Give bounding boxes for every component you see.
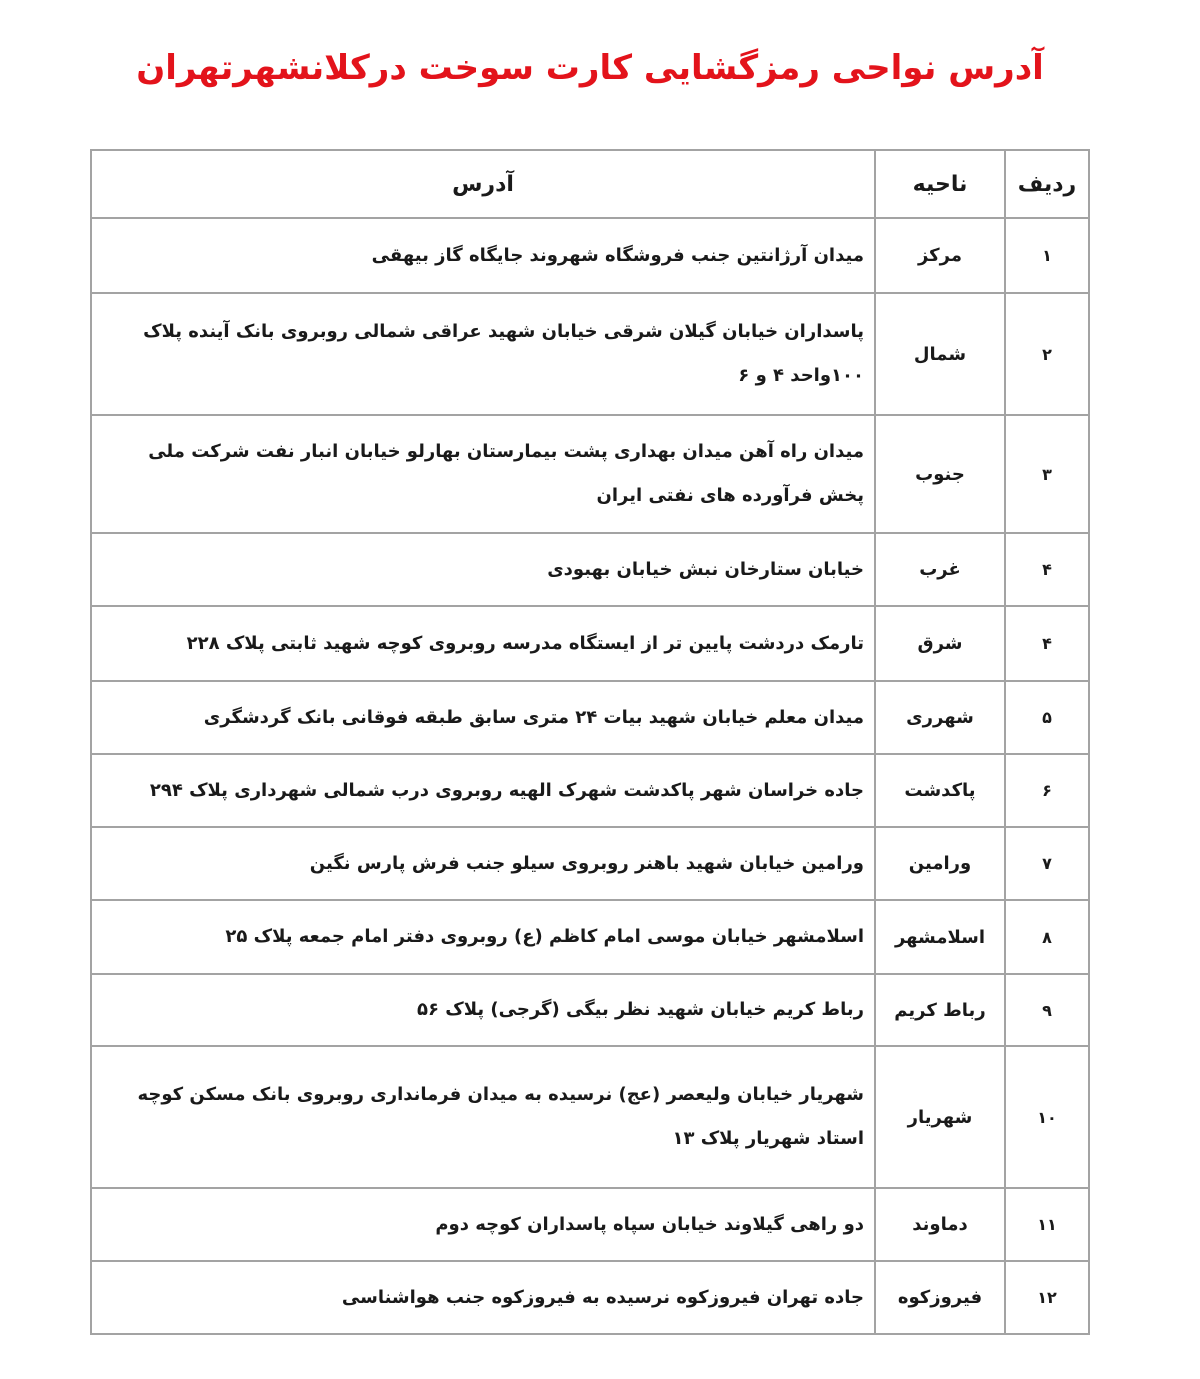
table-row: ۹رباط کریمرباط کریم خیابان شهید نظر بیگی… xyxy=(91,974,1089,1046)
row-number-cell: ۱۱ xyxy=(1005,1188,1089,1261)
address-cell: میدان معلم خیابان شهید بیات ۲۴ متری سابق… xyxy=(91,681,875,754)
header-district: ناحیه xyxy=(875,150,1005,218)
fuel-card-offices-table: ردیف ناحیه آدرس ۱مرکزمیدان آرژانتین جنب … xyxy=(90,149,1090,1335)
address-cell: دو راهی گیلاوند خیابان سپاه پاسداران کوچ… xyxy=(91,1188,875,1261)
row-number-cell: ۱۲ xyxy=(1005,1261,1089,1334)
table-row: ۲شمالپاسداران خیابان گیلان شرقی خیابان ش… xyxy=(91,293,1089,415)
row-number-cell: ۴ xyxy=(1005,606,1089,681)
table-row: ۵شهرریمیدان معلم خیابان شهید بیات ۲۴ متر… xyxy=(91,681,1089,754)
district-cell: مرکز xyxy=(875,218,1005,293)
address-cell: جاده خراسان شهر پاکدشت شهرک الهیه روبروی… xyxy=(91,754,875,827)
table-row: ۱۲فیروزکوهجاده تهران فیروزکوه نرسیده به … xyxy=(91,1261,1089,1334)
address-cell: خیابان ستارخان نبش خیابان بهبودی xyxy=(91,533,875,606)
row-number-cell: ۸ xyxy=(1005,900,1089,974)
address-cell: ورامین خیابان شهید باهنر روبروی سیلو جنب… xyxy=(91,827,875,900)
table-row: ۸اسلامشهراسلامشهر خیابان موسی امام کاظم … xyxy=(91,900,1089,974)
district-cell: رباط کریم xyxy=(875,974,1005,1046)
district-cell: شرق xyxy=(875,606,1005,681)
header-row-number: ردیف xyxy=(1005,150,1089,218)
district-cell: جنوب xyxy=(875,415,1005,533)
header-address: آدرس xyxy=(91,150,875,218)
address-cell: اسلامشهر خیابان موسی امام کاظم (ع) روبرو… xyxy=(91,900,875,974)
district-cell: شمال xyxy=(875,293,1005,415)
table-row: ۱۰شهریارشهریار خیابان ولیعصر (عج) نرسیده… xyxy=(91,1046,1089,1188)
row-number-cell: ۵ xyxy=(1005,681,1089,754)
document-title: آدرس نواحی رمزگشایی کارت سوخت درکلانشهرت… xyxy=(0,40,1180,96)
table-row: ۴غربخیابان ستارخان نبش خیابان بهبودی xyxy=(91,533,1089,606)
row-number-cell: ۲ xyxy=(1005,293,1089,415)
table-row: ۱مرکزمیدان آرژانتین جنب فروشگاه شهروند ج… xyxy=(91,218,1089,293)
address-cell: تارمک دردشت پایین تر از ایستگاه مدرسه رو… xyxy=(91,606,875,681)
table-row: ۳جنوبمیدان راه آهن میدان بهداری پشت بیما… xyxy=(91,415,1089,533)
row-number-cell: ۶ xyxy=(1005,754,1089,827)
table-row: ۷ورامینورامین خیابان شهید باهنر روبروی س… xyxy=(91,827,1089,900)
district-cell: شهرری xyxy=(875,681,1005,754)
address-cell: جاده تهران فیروزکوه نرسیده به فیروزکوه ج… xyxy=(91,1261,875,1334)
district-cell: فیروزکوه xyxy=(875,1261,1005,1334)
table-body: ۱مرکزمیدان آرژانتین جنب فروشگاه شهروند ج… xyxy=(91,218,1089,1334)
row-number-cell: ۳ xyxy=(1005,415,1089,533)
row-number-cell: ۴ xyxy=(1005,533,1089,606)
address-cell: میدان راه آهن میدان بهداری پشت بیمارستان… xyxy=(91,415,875,533)
address-cell: پاسداران خیابان گیلان شرقی خیابان شهید ع… xyxy=(91,293,875,415)
table-row: ۱۱دماونددو راهی گیلاوند خیابان سپاه پاسد… xyxy=(91,1188,1089,1261)
district-cell: اسلامشهر xyxy=(875,900,1005,974)
district-cell: ورامین xyxy=(875,827,1005,900)
table-header-row: ردیف ناحیه آدرس xyxy=(91,150,1089,218)
district-cell: غرب xyxy=(875,533,1005,606)
district-cell: دماوند xyxy=(875,1188,1005,1261)
table-row: ۶پاکدشتجاده خراسان شهر پاکدشت شهرک الهیه… xyxy=(91,754,1089,827)
row-number-cell: ۱ xyxy=(1005,218,1089,293)
row-number-cell: ۱۰ xyxy=(1005,1046,1089,1188)
row-number-cell: ۷ xyxy=(1005,827,1089,900)
district-cell: شهریار xyxy=(875,1046,1005,1188)
table-row: ۴شرقتارمک دردشت پایین تر از ایستگاه مدرس… xyxy=(91,606,1089,681)
address-cell: میدان آرژانتین جنب فروشگاه شهروند جایگاه… xyxy=(91,218,875,293)
row-number-cell: ۹ xyxy=(1005,974,1089,1046)
address-cell: شهریار خیابان ولیعصر (عج) نرسیده به میدا… xyxy=(91,1046,875,1188)
district-cell: پاکدشت xyxy=(875,754,1005,827)
address-cell: رباط کریم خیابان شهید نظر بیگی (گرجی) پل… xyxy=(91,974,875,1046)
